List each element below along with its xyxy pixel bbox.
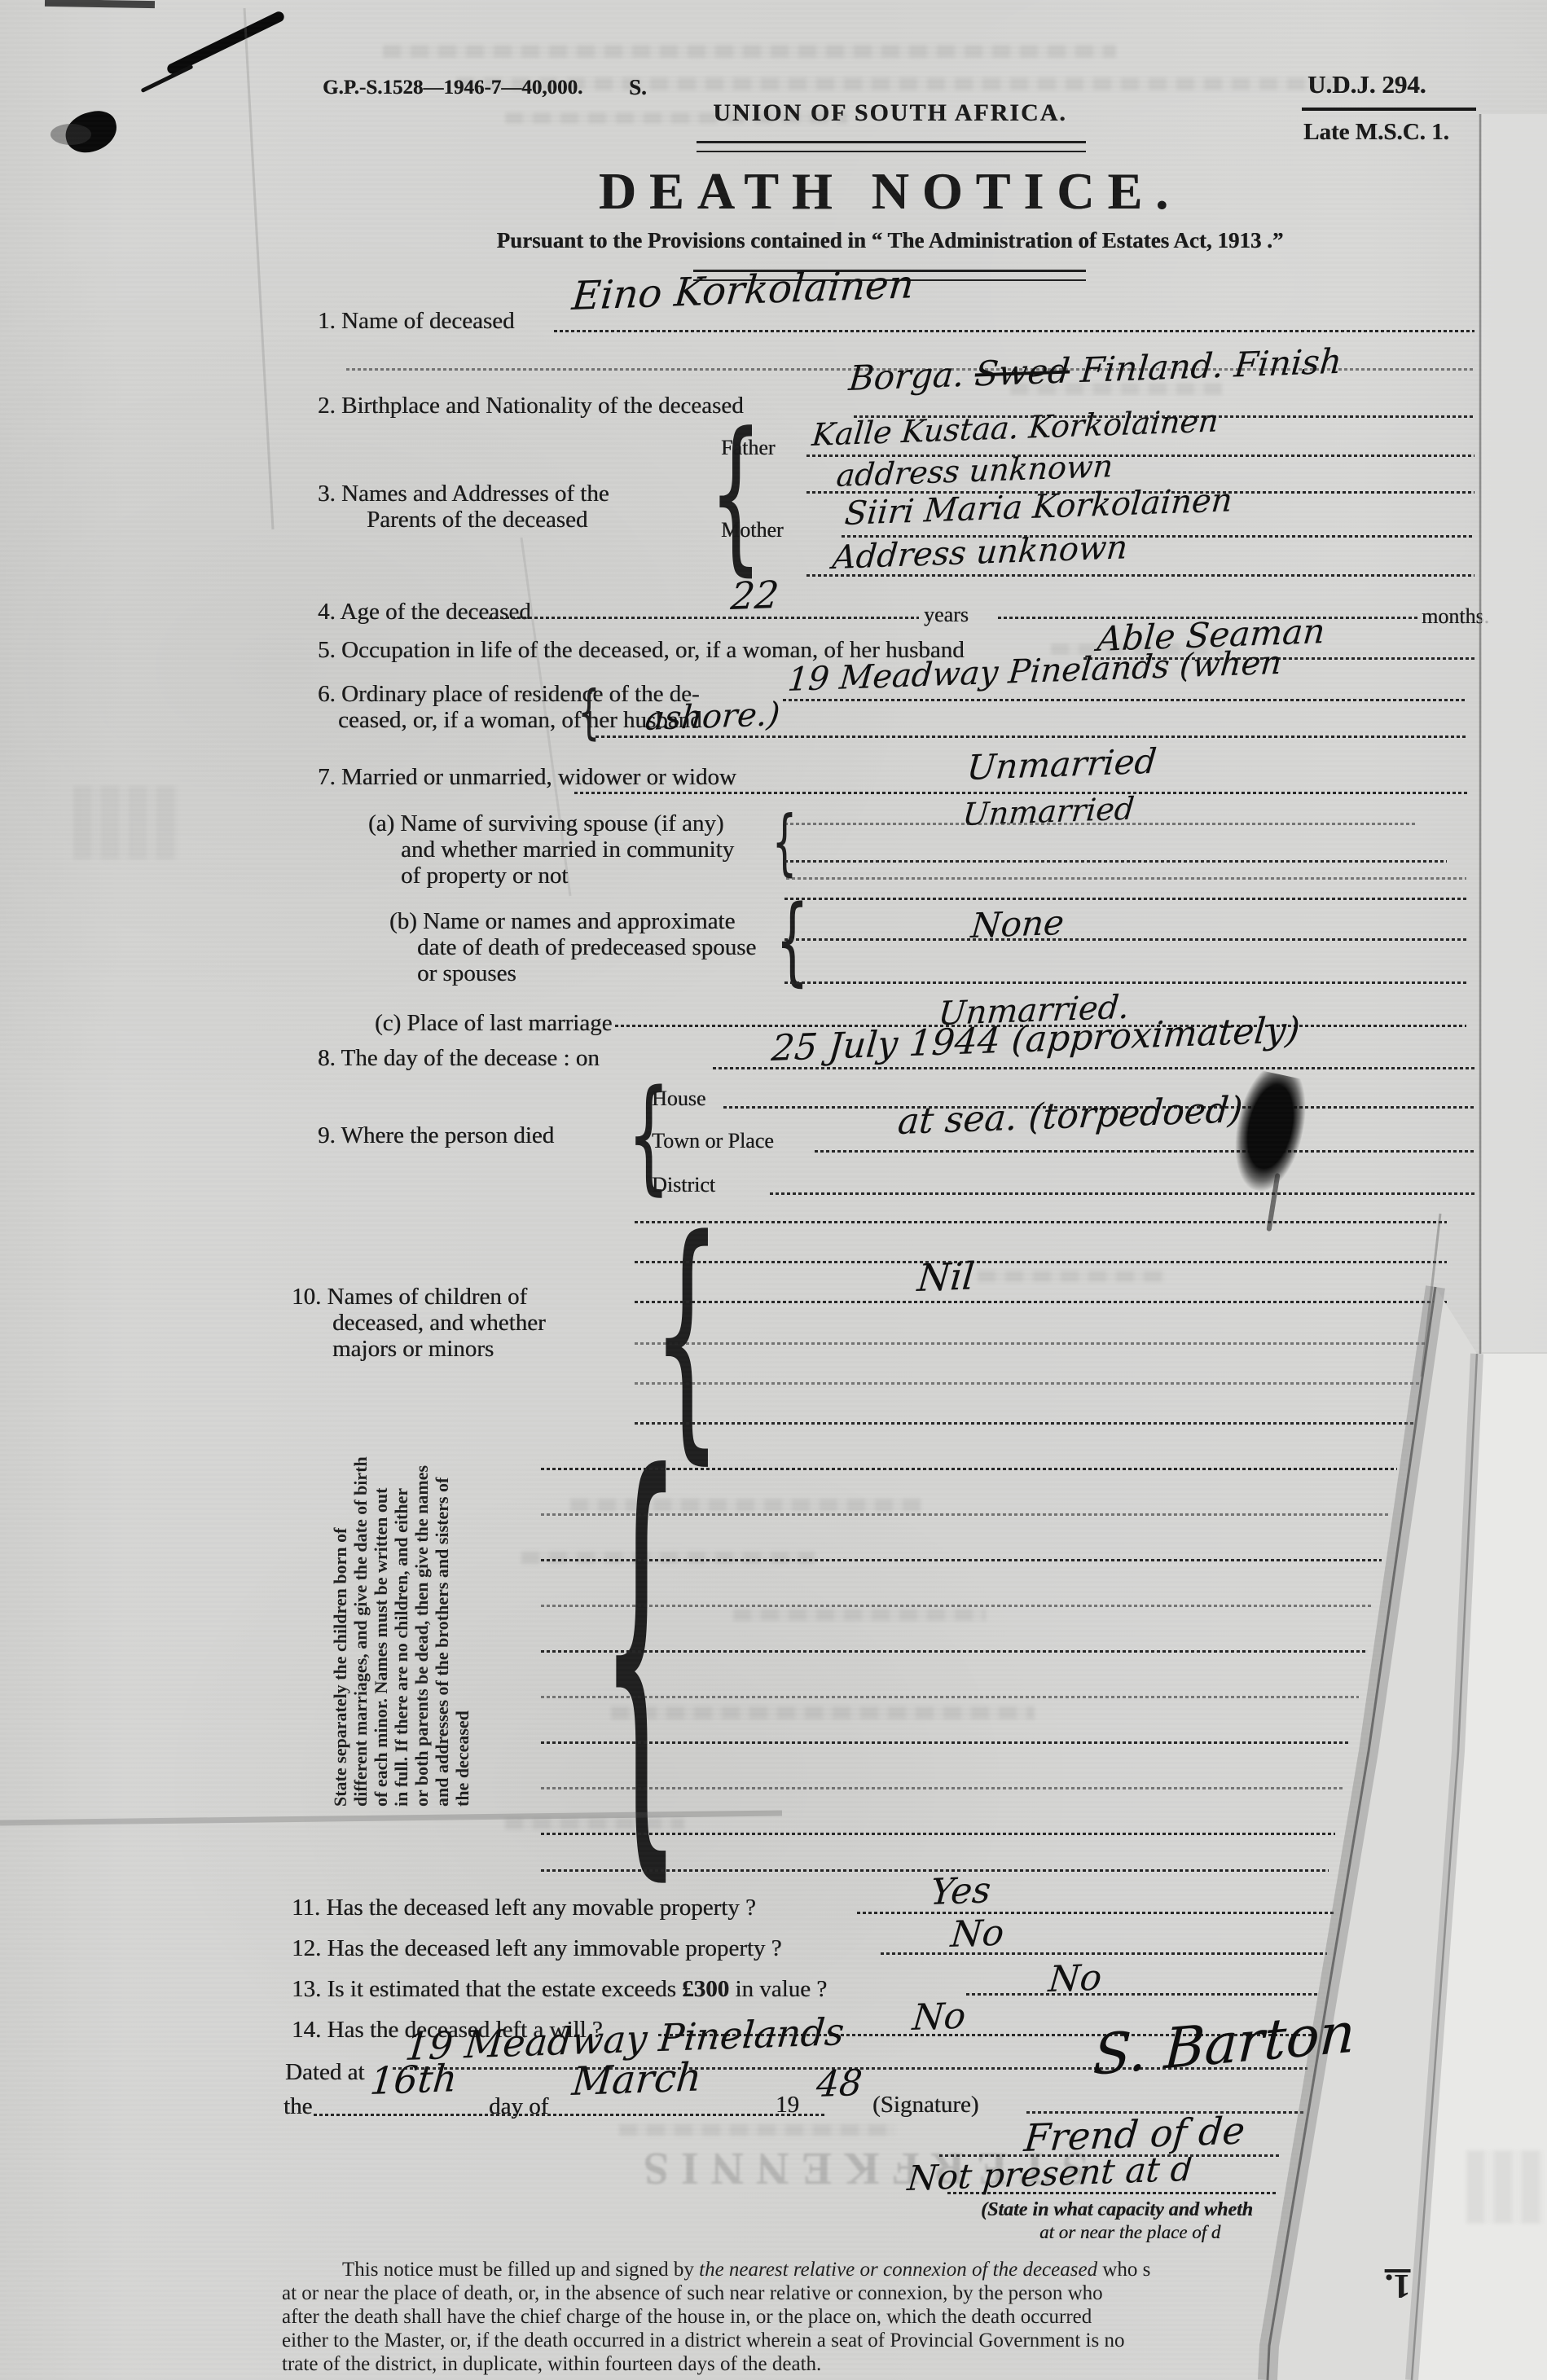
- death-notice-scan: STERFKENNIS G.P.-S.1528—1946-7—40,000. S…: [0, 0, 1547, 2380]
- ruled-line: [881, 1952, 1327, 1955]
- field7a-label-line3: of property or not: [401, 863, 568, 889]
- bleedthrough-smudge: [73, 786, 179, 859]
- years-label: years: [924, 603, 969, 627]
- para-line1: This notice must be filled up and signed…: [342, 2259, 699, 2281]
- country-title: UNION OF SOUTH AFRICA.: [269, 99, 1511, 127]
- ruled-line: [541, 1696, 1359, 1698]
- field2-label: 2. Birthplace and Nationality of the dec…: [318, 393, 744, 419]
- struck-word: Swed: [973, 350, 1072, 393]
- ruled-line: [541, 1468, 1397, 1470]
- handwritten-surviving-spouse: Unmarried: [961, 790, 1136, 832]
- ruled-line: [784, 823, 1416, 825]
- ruled-line: [786, 877, 1466, 880]
- corner-folio-mark: 1.: [1385, 2266, 1411, 2305]
- handwritten-age: 22: [729, 573, 780, 618]
- ruled-line: [541, 1787, 1343, 1789]
- handwritten-children: Nil: [916, 1254, 976, 1300]
- field11-label: 11. Has the deceased left any movable pr…: [292, 1895, 756, 1921]
- field7b-label-line2: date of death of predeceased spouse: [417, 934, 756, 961]
- months-label: months.: [1422, 604, 1489, 629]
- ruled-line: [554, 330, 1474, 332]
- fold-line-remnant: [1416, 1839, 1440, 1842]
- para-line4: either to the Master, or, if the death o…: [282, 2330, 1124, 2351]
- ruled-line: [815, 1150, 1474, 1153]
- ruled-line: [541, 1833, 1335, 1835]
- dated-at-label: Dated at: [285, 2059, 364, 2086]
- handwritten-father-name: Kalle Kustaa. Korkolainen: [811, 402, 1220, 453]
- ruled-line: [770, 1192, 1474, 1195]
- mother-label: Mother: [721, 518, 784, 542]
- page-title: DEATH NOTICE.: [269, 161, 1511, 222]
- state-note-line1: (State in what capacity and wheth: [981, 2199, 1253, 2221]
- field7-label: 7. Married or unmarried, widower or wido…: [318, 764, 736, 791]
- ruled-line: [713, 1067, 1474, 1069]
- bleedthrough-smudge: [619, 2124, 896, 2136]
- ink-blot-shadow: [51, 124, 91, 145]
- state-note-line2: at or near the place of d: [1039, 2222, 1220, 2243]
- ruled-line: [635, 1422, 1441, 1425]
- field10-label-line1: 10. Names of children of: [292, 1284, 527, 1311]
- ruled-line: [784, 938, 1466, 941]
- field4-label: 4. Age of the deceased: [318, 599, 531, 626]
- signature-clip: S. Barton: [1088, 2012, 1454, 2126]
- ruled-line: [784, 898, 1466, 900]
- ruled-line: [635, 1261, 1447, 1263]
- form-number: U.D.J. 294.: [1307, 70, 1426, 99]
- field7b-label-line1: (b) Name or names and approximate: [389, 908, 735, 935]
- signature-label: (Signature): [872, 2092, 978, 2119]
- day-of-label: day of: [489, 2093, 548, 2120]
- ruled-line: [596, 736, 1467, 738]
- field10-label-line2: deceased, and whether: [332, 1310, 546, 1337]
- ruled-line: [541, 1513, 1389, 1516]
- bleedthrough-smudge: [1466, 2150, 1544, 2224]
- state-note2-clip: at or near the place of d: [1039, 2222, 1284, 2245]
- father-label: Father: [721, 436, 775, 460]
- field10-label-line3: majors or minors: [332, 1336, 494, 1363]
- handwritten-movable-property: Yes: [929, 1869, 992, 1913]
- scan-edge-mark: [45, 0, 155, 8]
- print-code-suffix: S.: [629, 75, 647, 100]
- ruled-line: [635, 1342, 1447, 1345]
- para-line3: after the death shall have the chief cha…: [282, 2306, 1092, 2328]
- field12-label: 12. Has the deceased left any immovable …: [292, 1935, 782, 1962]
- para-line5: trate of the district, in duplicate, wit…: [282, 2353, 821, 2375]
- handwritten-year: 48: [815, 2062, 864, 2106]
- fold-line-remnant: [1403, 1975, 1426, 1978]
- handwritten-day: 16th: [368, 2056, 459, 2103]
- ruled-line: [635, 1382, 1447, 1385]
- para-line2: at or near the place of death, or, in th…: [282, 2282, 1103, 2304]
- handwritten-place-of-death: at sea. (torpedoed): [896, 1089, 1245, 1143]
- ruled-line: [541, 1605, 1373, 1607]
- handwritten-signature: S. Barton: [1092, 2012, 1356, 2088]
- header-rule: [697, 141, 1086, 152]
- field8-label: 8. The day of the decease : on: [318, 1045, 600, 1072]
- ruled-line: [806, 574, 1474, 577]
- field7a-brace: {: [772, 806, 798, 878]
- instruction-paragraph: This notice must be filled up and signed…: [282, 2258, 1271, 2376]
- bleedthrough-smudge: [383, 45, 1116, 58]
- capacity-line2-clip: Not present at d: [906, 2157, 1289, 2199]
- page-subtitle: Pursuant to the Provisions contained in …: [269, 228, 1511, 253]
- field7b-label-line3: or spouses: [417, 960, 516, 987]
- ruled-line: [857, 1912, 1334, 1914]
- fold-line-remnant: [1408, 1922, 1431, 1926]
- fold-line-remnant: [1419, 1811, 1447, 1815]
- field13-label: 13. Is it estimated that the estate exce…: [292, 1976, 827, 2003]
- ink-blot-torpedoed: [1225, 1068, 1313, 1197]
- handwritten-immovable-property: No: [949, 1912, 1005, 1956]
- handwritten-left-will: No: [911, 1996, 967, 2039]
- ruled-line: [635, 1221, 1447, 1223]
- ruled-line: [784, 860, 1447, 863]
- field1-label: 1. Name of deceased: [318, 308, 515, 335]
- field7a-label-line1: (a) Name of surviving spouse (if any): [368, 810, 724, 837]
- field9-label: 9. Where the person died: [318, 1122, 554, 1149]
- field3-label-line2: Parents of the deceased: [367, 507, 587, 534]
- ruled-line: [489, 617, 919, 619]
- handwritten-capacity-line2: Not present at d: [906, 2157, 1194, 2198]
- field7c-label: (c) Place of last marriage: [375, 1010, 612, 1037]
- the-label: the: [283, 2093, 312, 2120]
- ink-stroke: [165, 10, 286, 76]
- town-label: Town or Place: [652, 1129, 774, 1153]
- capacity-line1-clip: Frend of de: [1022, 2114, 1295, 2163]
- field6-brace: {: [578, 683, 600, 741]
- ruled-line: [541, 1741, 1351, 1744]
- ruled-line: [314, 2114, 825, 2116]
- ruled-line: [784, 981, 1466, 984]
- handwritten-marital-status: Unmarried: [965, 741, 1158, 788]
- state-note1-clip: (State in what capacity and wheth: [981, 2199, 1289, 2224]
- handwritten-date-of-decease: 25 July 1944 (approximately): [770, 1009, 1302, 1069]
- field6-label-line1: 6. Ordinary place of residence of the de…: [318, 681, 700, 708]
- handwritten-residence-line2: ashore.): [644, 696, 781, 738]
- bleedthrough-smudge: [456, 77, 1336, 90]
- handwritten-capacity-line1: Frend of de: [1022, 2114, 1246, 2160]
- print-code: G.P.-S.1528—1946-7—40,000.: [323, 77, 582, 99]
- bleedthrough-smudge: [733, 1609, 986, 1621]
- amount-300: £300: [682, 1976, 729, 2002]
- house-label: House: [652, 1087, 705, 1111]
- ruled-line: [635, 1301, 1447, 1303]
- handwritten-name-of-deceased: Eino Korkolainen: [570, 261, 916, 319]
- handwritten-month: March: [570, 2054, 703, 2105]
- ruled-line: [783, 699, 1467, 701]
- bleedthrough-smudge: [978, 1271, 1165, 1282]
- field7a-label-line2: and whether married in community: [401, 837, 734, 863]
- ruled-line: [541, 1559, 1382, 1561]
- field3-label-line1: 3. Names and Addresses of the: [318, 481, 609, 507]
- ruled-line: [541, 1650, 1366, 1653]
- fold-line-remnant: [1413, 1867, 1437, 1870]
- ruled-line: [966, 1993, 1320, 1996]
